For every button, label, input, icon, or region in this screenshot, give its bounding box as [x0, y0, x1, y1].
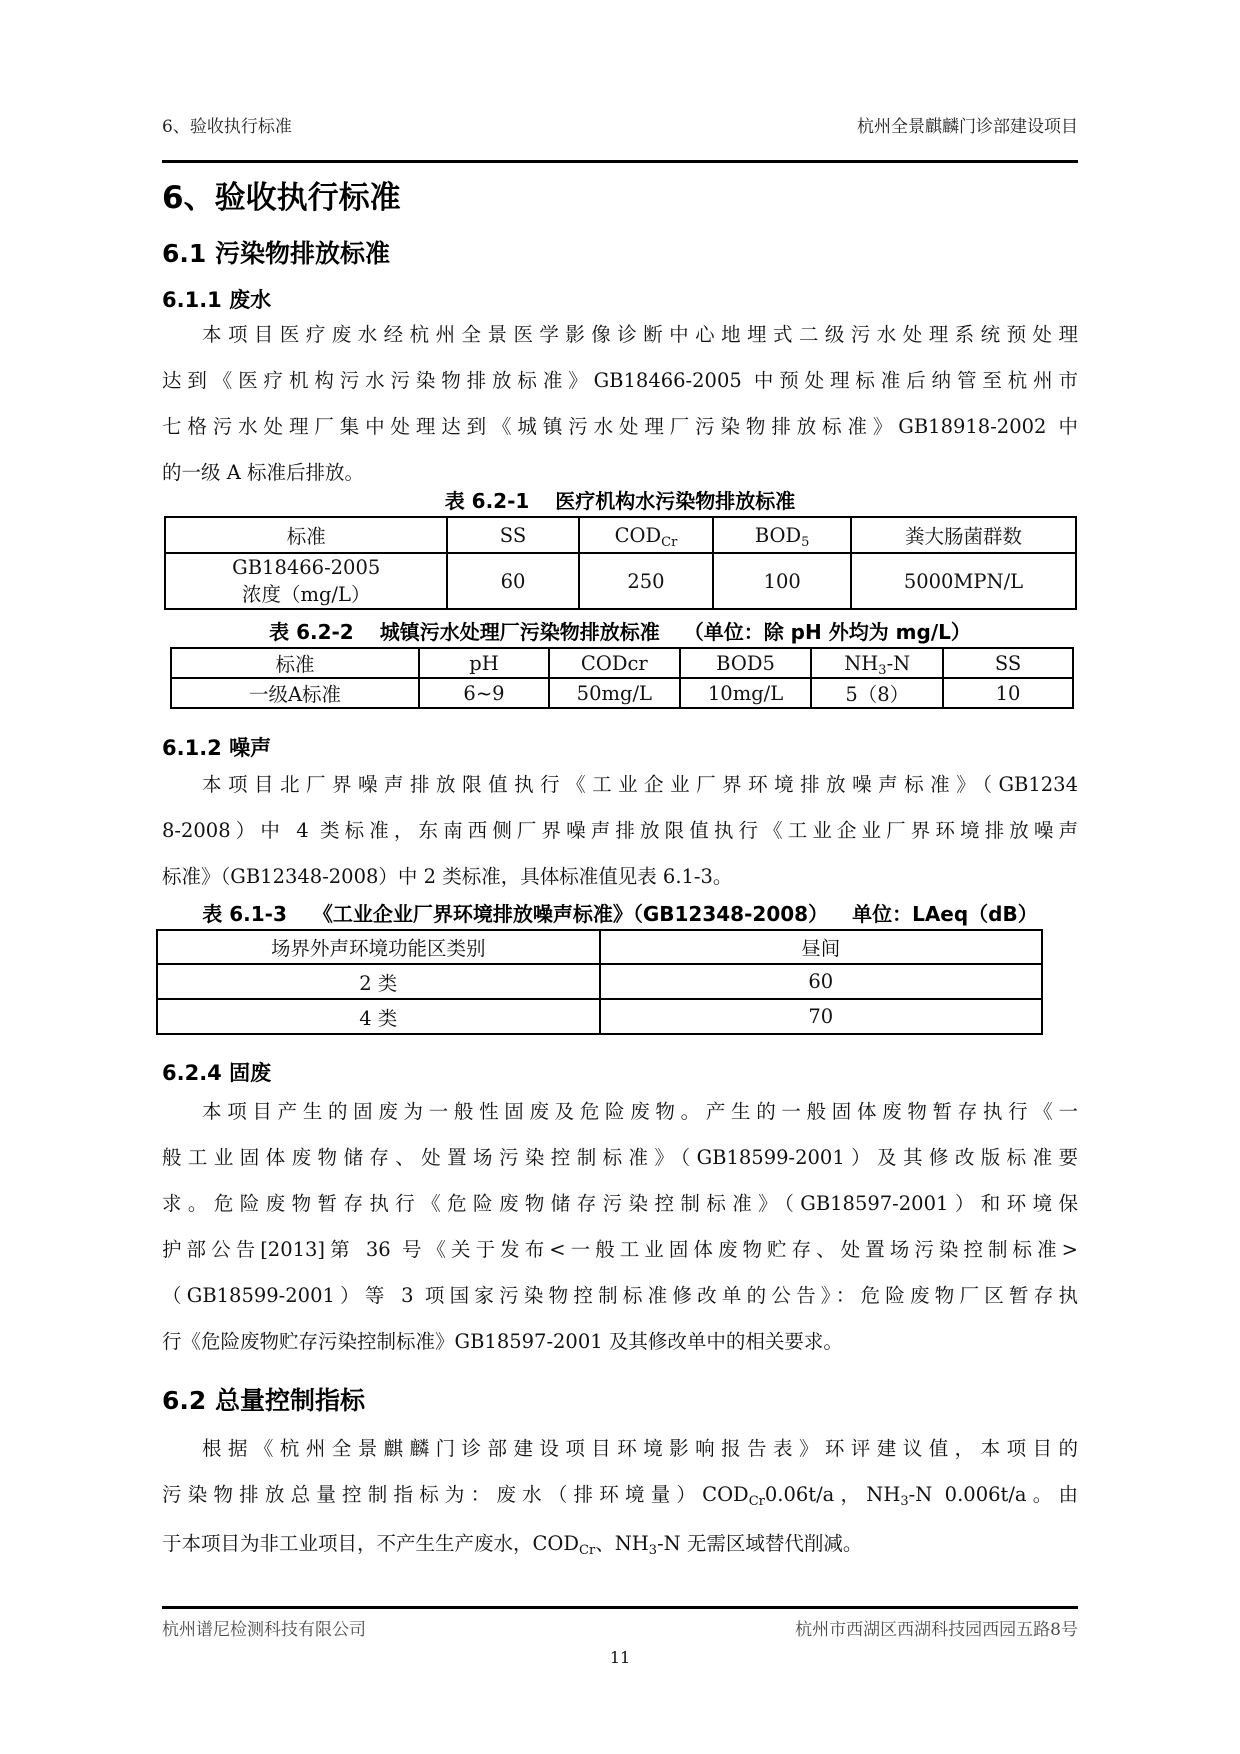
t621-cell-coliform: 5000MPN/L: [851, 553, 1076, 609]
t622-header-standard: 标准: [171, 648, 419, 678]
t613-cell-class4-value: 70: [600, 999, 1043, 1034]
section-6-1-2-heading: 6.1.2 噪声: [162, 732, 1078, 762]
table-header-row: 标准 SS CODCr BOD5 粪大肠菌群数: [165, 517, 1076, 553]
t621-header-standard: 标准: [165, 517, 447, 553]
document-page: 6、验收执行标准 杭州全景麒麟门诊部建设项目 6、验收执行标准 6.1 污染物排…: [0, 0, 1240, 1754]
table-header-row: 标准 pH CODcr BOD5 NH3-N SS: [171, 648, 1073, 678]
t622-cell-nh3n: 5（8）: [811, 678, 943, 708]
table-6-2-2-caption: 表 6.2-2城镇污水处理厂污染物排放标准（单位：除 pH 外均为 mg/L）: [162, 619, 1078, 645]
t621-cell-cod: 250: [579, 553, 714, 609]
page-footer: 杭州谱尼检测科技有限公司 杭州市西湖区西湖科技园西园五路8号: [162, 1615, 1078, 1640]
caption-title: 《工业企业厂界环境排放噪声标准》（GB12348-2008）: [313, 902, 828, 926]
footer-company: 杭州谱尼检测科技有限公司: [162, 1615, 366, 1640]
paragraph-total-control: 根据《杭州全景麒麟门诊部建设项目环境影响报告表》环评建议值，本项目的 污染物排放…: [162, 1426, 1078, 1570]
t613-cell-class2-value: 60: [600, 964, 1043, 999]
table-6-2-1-caption: 表 6.2-1医疗机构水污染物排放标准: [162, 488, 1078, 514]
paragraph-line: 护部公告[2013]第 36 号《关于发布<一般工业固体废物贮存、处置场污染控制…: [162, 1227, 1078, 1273]
paragraph-line: 行《危险废物贮存污染控制标准》GB18597-2001 及其修改单中的相关要求。: [162, 1319, 1078, 1365]
t621-standard-code: GB18466-2005: [168, 554, 444, 581]
paragraph-wastewater: 本项目医疗废水经杭州全景医学影像诊断中心地埋式二级污水处理系统预处理 达到《医疗…: [162, 312, 1078, 496]
paragraph-line: 标准》（GB12348-2008）中 2 类标准，具体标准值见表 6.1-3。: [162, 854, 1078, 900]
paragraph-line: 本项目产生的固废为一般性固废及危险废物。产生的一般固体废物暂存执行《一: [162, 1089, 1078, 1135]
t613-cell-class2: 2 类: [157, 964, 600, 999]
chapter-title: 6、验收执行标准: [162, 172, 1078, 217]
t622-header-bod5: BOD5: [680, 648, 812, 678]
t622-cell-codcr: 50mg/L: [549, 678, 680, 708]
paragraph-line: 达到《医疗机构污水污染物排放标准》GB18466-2005 中预处理标准后纳管至…: [162, 358, 1078, 404]
caption-label: 表 6.2-2: [269, 620, 354, 644]
table-6-2-2: 标准 pH CODcr BOD5 NH3-N SS 一级A标准 6~9 50mg…: [170, 647, 1074, 709]
table-header-row: 场界外声环境功能区类别 昼间: [157, 930, 1042, 964]
paragraph-line: 于本项目为非工业项目，不产生生产废水，CODCr、NH3-N 无需区域替代削减。: [162, 1521, 1078, 1570]
section-6-1-1-heading: 6.1.1 废水: [162, 284, 1078, 314]
t622-header-ph: pH: [419, 648, 549, 678]
paragraph-line: 8-2008）中 4 类标准，东南西侧厂界噪声排放限值执行《工业企业厂界环境排放…: [162, 808, 1078, 854]
table-row: GB18466-2005 浓度（mg/L） 60 250 100 5000MPN…: [165, 553, 1076, 609]
t622-header-ss: SS: [943, 648, 1073, 678]
paragraph-line: 本项目医疗废水经杭州全景医学影像诊断中心地埋式二级污水处理系统预处理: [162, 312, 1078, 358]
paragraph-line: 本项目北厂界噪声排放限值执行《工业企业厂界环境排放噪声标准》（GB1234: [162, 762, 1078, 808]
table-6-1-3-caption: 表 6.1-3《工业企业厂界环境排放噪声标准》（GB12348-2008）单位：…: [162, 901, 1078, 927]
header-right-text: 杭州全景麒麟门诊部建设项目: [857, 112, 1078, 137]
paragraph-noise: 本项目北厂界噪声排放限值执行《工业企业厂界环境排放噪声标准》（GB1234 8-…: [162, 762, 1078, 900]
paragraph-line: （GB18599-2001）等 3 项国家污染物控制标准修改单的公告》：危险废物…: [162, 1273, 1078, 1319]
t621-header-codcr: CODCr: [579, 517, 714, 553]
t621-cell-ss: 60: [447, 553, 578, 609]
paragraph-line: 七格污水处理厂集中处理达到《城镇污水处理厂污染物排放标准》GB18918-200…: [162, 404, 1078, 450]
header-left-text: 6、验收执行标准: [162, 112, 292, 137]
t622-header-nh3n: NH3-N: [811, 648, 943, 678]
paragraph-line: 般工业固体废物储存、处置场污染控制标准》（GB18599-2001）及其修改版标…: [162, 1135, 1078, 1181]
table-row: 一级A标准 6~9 50mg/L 10mg/L 5（8） 10: [171, 678, 1073, 708]
section-6-2-heading: 6.2 总量控制指标: [162, 1381, 1078, 1417]
table-6-1-3: 场界外声环境功能区类别 昼间 2 类 60 4 类 70: [156, 929, 1043, 1035]
section-6-1-heading: 6.1 污染物排放标准: [162, 234, 1078, 270]
t622-cell-ph: 6~9: [419, 678, 549, 708]
paragraph-line: 污染物排放总量控制指标为：废水（排环境量）CODCr0.06t/a，NH3-N …: [162, 1472, 1078, 1521]
table-6-2-2-wrap: 标准 pH CODcr BOD5 NH3-N SS 一级A标准 6~9 50mg…: [162, 647, 1078, 709]
table-6-2-1: 标准 SS CODCr BOD5 粪大肠菌群数 GB18466-2005 浓度（…: [164, 516, 1077, 610]
table-6-1-3-wrap: 场界外声环境功能区类别 昼间 2 类 60 4 类 70: [162, 929, 1078, 1035]
caption-title: 城镇污水处理厂污染物排放标准: [380, 620, 660, 644]
header-divider: [162, 160, 1078, 163]
caption-unit: 单位：LAeq（dB）: [852, 902, 1038, 926]
caption-unit: （单位：除 pH 外均为 mg/L）: [684, 620, 971, 644]
t621-header-bod5: BOD5: [713, 517, 851, 553]
t622-cell-bod5: 10mg/L: [680, 678, 812, 708]
t622-cell-standard: 一级A标准: [171, 678, 419, 708]
t621-header-ss: SS: [447, 517, 578, 553]
table-6-2-1-wrap: 标准 SS CODCr BOD5 粪大肠菌群数 GB18466-2005 浓度（…: [162, 516, 1078, 610]
t613-header-category: 场界外声环境功能区类别: [157, 930, 600, 964]
t621-cell-standard: GB18466-2005 浓度（mg/L）: [165, 553, 447, 609]
page-header: 6、验收执行标准 杭州全景麒麟门诊部建设项目: [162, 112, 1078, 137]
t621-standard-unit: 浓度（mg/L）: [168, 581, 444, 608]
caption-title: 医疗机构水污染物排放标准: [555, 489, 795, 513]
page-number: 11: [162, 1648, 1078, 1667]
t622-header-codcr: CODcr: [549, 648, 680, 678]
table-row: 4 类 70: [157, 999, 1042, 1034]
t613-header-daytime: 昼间: [600, 930, 1043, 964]
table-row: 2 类 60: [157, 964, 1042, 999]
t622-cell-ss: 10: [943, 678, 1073, 708]
t621-header-coliform: 粪大肠菌群数: [851, 517, 1076, 553]
t621-cell-bod: 100: [713, 553, 851, 609]
paragraph-solid-waste: 本项目产生的固废为一般性固废及危险废物。产生的一般固体废物暂存执行《一 般工业固…: [162, 1089, 1078, 1365]
footer-address: 杭州市西湖区西湖科技园西园五路8号: [795, 1615, 1078, 1640]
section-6-2-4-heading: 6.2.4 固废: [162, 1057, 1078, 1087]
t613-cell-class4: 4 类: [157, 999, 600, 1034]
caption-label: 表 6.2-1: [445, 489, 530, 513]
caption-label: 表 6.1-3: [202, 902, 287, 926]
footer-divider: [162, 1606, 1078, 1609]
paragraph-line: 求。危险废物暂存执行《危险废物储存污染控制标准》（GB18597-2001）和环…: [162, 1181, 1078, 1227]
paragraph-line: 根据《杭州全景麒麟门诊部建设项目环境影响报告表》环评建议值，本项目的: [162, 1426, 1078, 1472]
